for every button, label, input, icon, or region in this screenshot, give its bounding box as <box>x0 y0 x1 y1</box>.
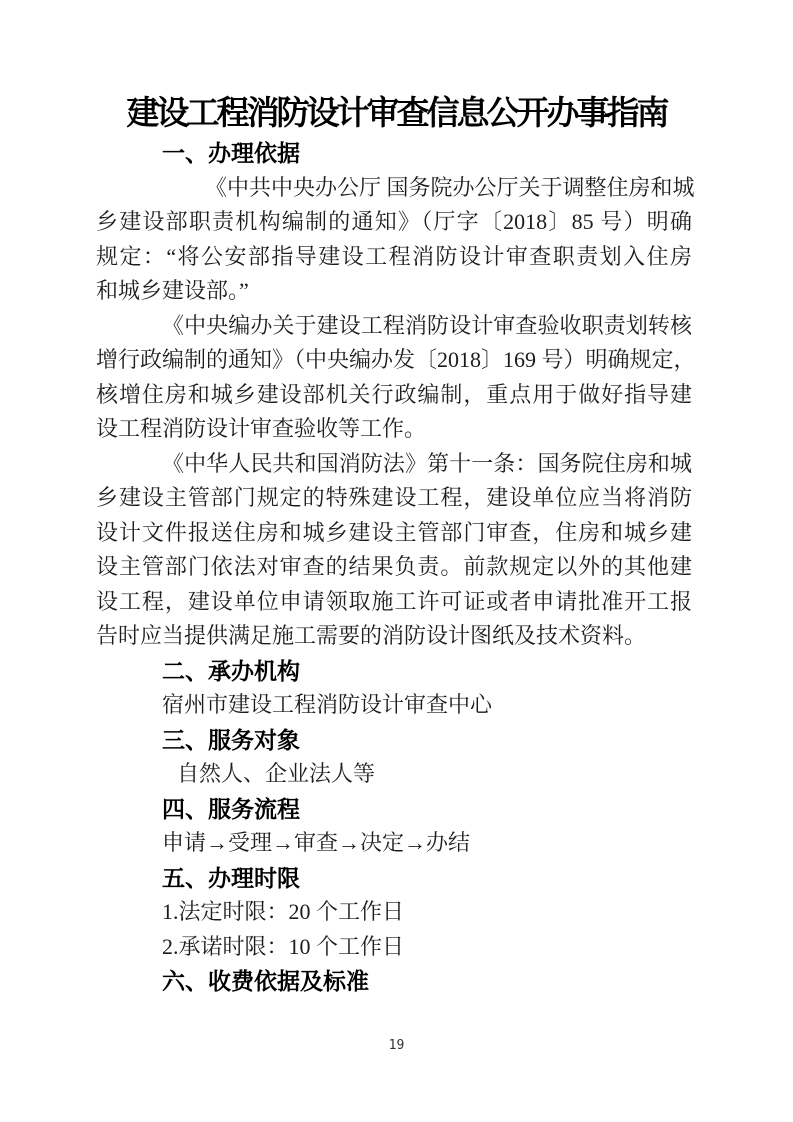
detail-line: 2.承诺时限：10 个工作日 <box>96 930 692 965</box>
document-body: 一、办理依据《中共中央办公厅 国务院办公厅关于调整住房和城乡建设部职责机构编制的… <box>96 136 692 999</box>
section-heading-3: 三、服务对象 <box>96 723 692 758</box>
detail-line: 宿州市建设工程消防设计审查中心 <box>96 688 692 723</box>
document-page: 建设工程消防设计审查信息公开办事指南 一、办理依据《中共中央办公厅 国务院办公厅… <box>0 0 793 1122</box>
section-heading-6: 六、收费依据及标准 <box>96 964 692 999</box>
section-heading-4: 四、服务流程 <box>96 792 692 827</box>
paragraph-line: 乡建设部职责机构编制的通知》（厅字〔2018〕85 号）明确 <box>96 205 692 240</box>
section-heading-2: 二、承办机构 <box>96 654 692 689</box>
document-title: 建设工程消防设计审查信息公开办事指南 <box>0 0 793 136</box>
paragraph-line: 《中共中央办公厅 国务院办公厅关于调整住房和城 <box>96 171 692 206</box>
paragraph-line: 告时应当提供满足施工需要的消防设计图纸及技术资料。 <box>96 619 692 654</box>
paragraph-line: 设工程，建设单位申请领取施工许可证或者申请批准开工报 <box>96 585 692 620</box>
paragraph-line: 增行政编制的通知》（中央编办发〔2018〕169 号）明确规定， <box>96 343 692 378</box>
section-heading-5: 五、办理时限 <box>96 861 692 896</box>
paragraph-line: 设计文件报送住房和城乡建设主管部门审查，住房和城乡建 <box>96 516 692 551</box>
paragraph-line: 乡建设主管部门规定的特殊建设工程，建设单位应当将消防 <box>96 481 692 516</box>
paragraph-line: 和城乡建设部。” <box>96 274 692 309</box>
paragraph-line: 设工程消防设计审查验收等工作。 <box>96 412 692 447</box>
paragraph-line: 规定：“将公安部指导建设工程消防设计审查职责划入住房 <box>96 240 692 275</box>
detail-line: 自然人、企业法人等 <box>96 757 692 792</box>
page-number: 19 <box>0 1037 793 1055</box>
paragraph-line: 《中央编办关于建设工程消防设计审查验收职责划转核 <box>96 309 692 344</box>
paragraph-line: 设主管部门依法对审查的结果负责。前款规定以外的其他建 <box>96 550 692 585</box>
section-heading-1: 一、办理依据 <box>96 136 692 171</box>
detail-line: 1.法定时限：20 个工作日 <box>96 895 692 930</box>
detail-line: 申请→受理→审查→决定→办结 <box>96 826 692 861</box>
paragraph-line: 《中华人民共和国消防法》第十一条：国务院住房和城 <box>96 447 692 482</box>
paragraph-line: 核增住房和城乡建设部机关行政编制，重点用于做好指导建 <box>96 378 692 413</box>
